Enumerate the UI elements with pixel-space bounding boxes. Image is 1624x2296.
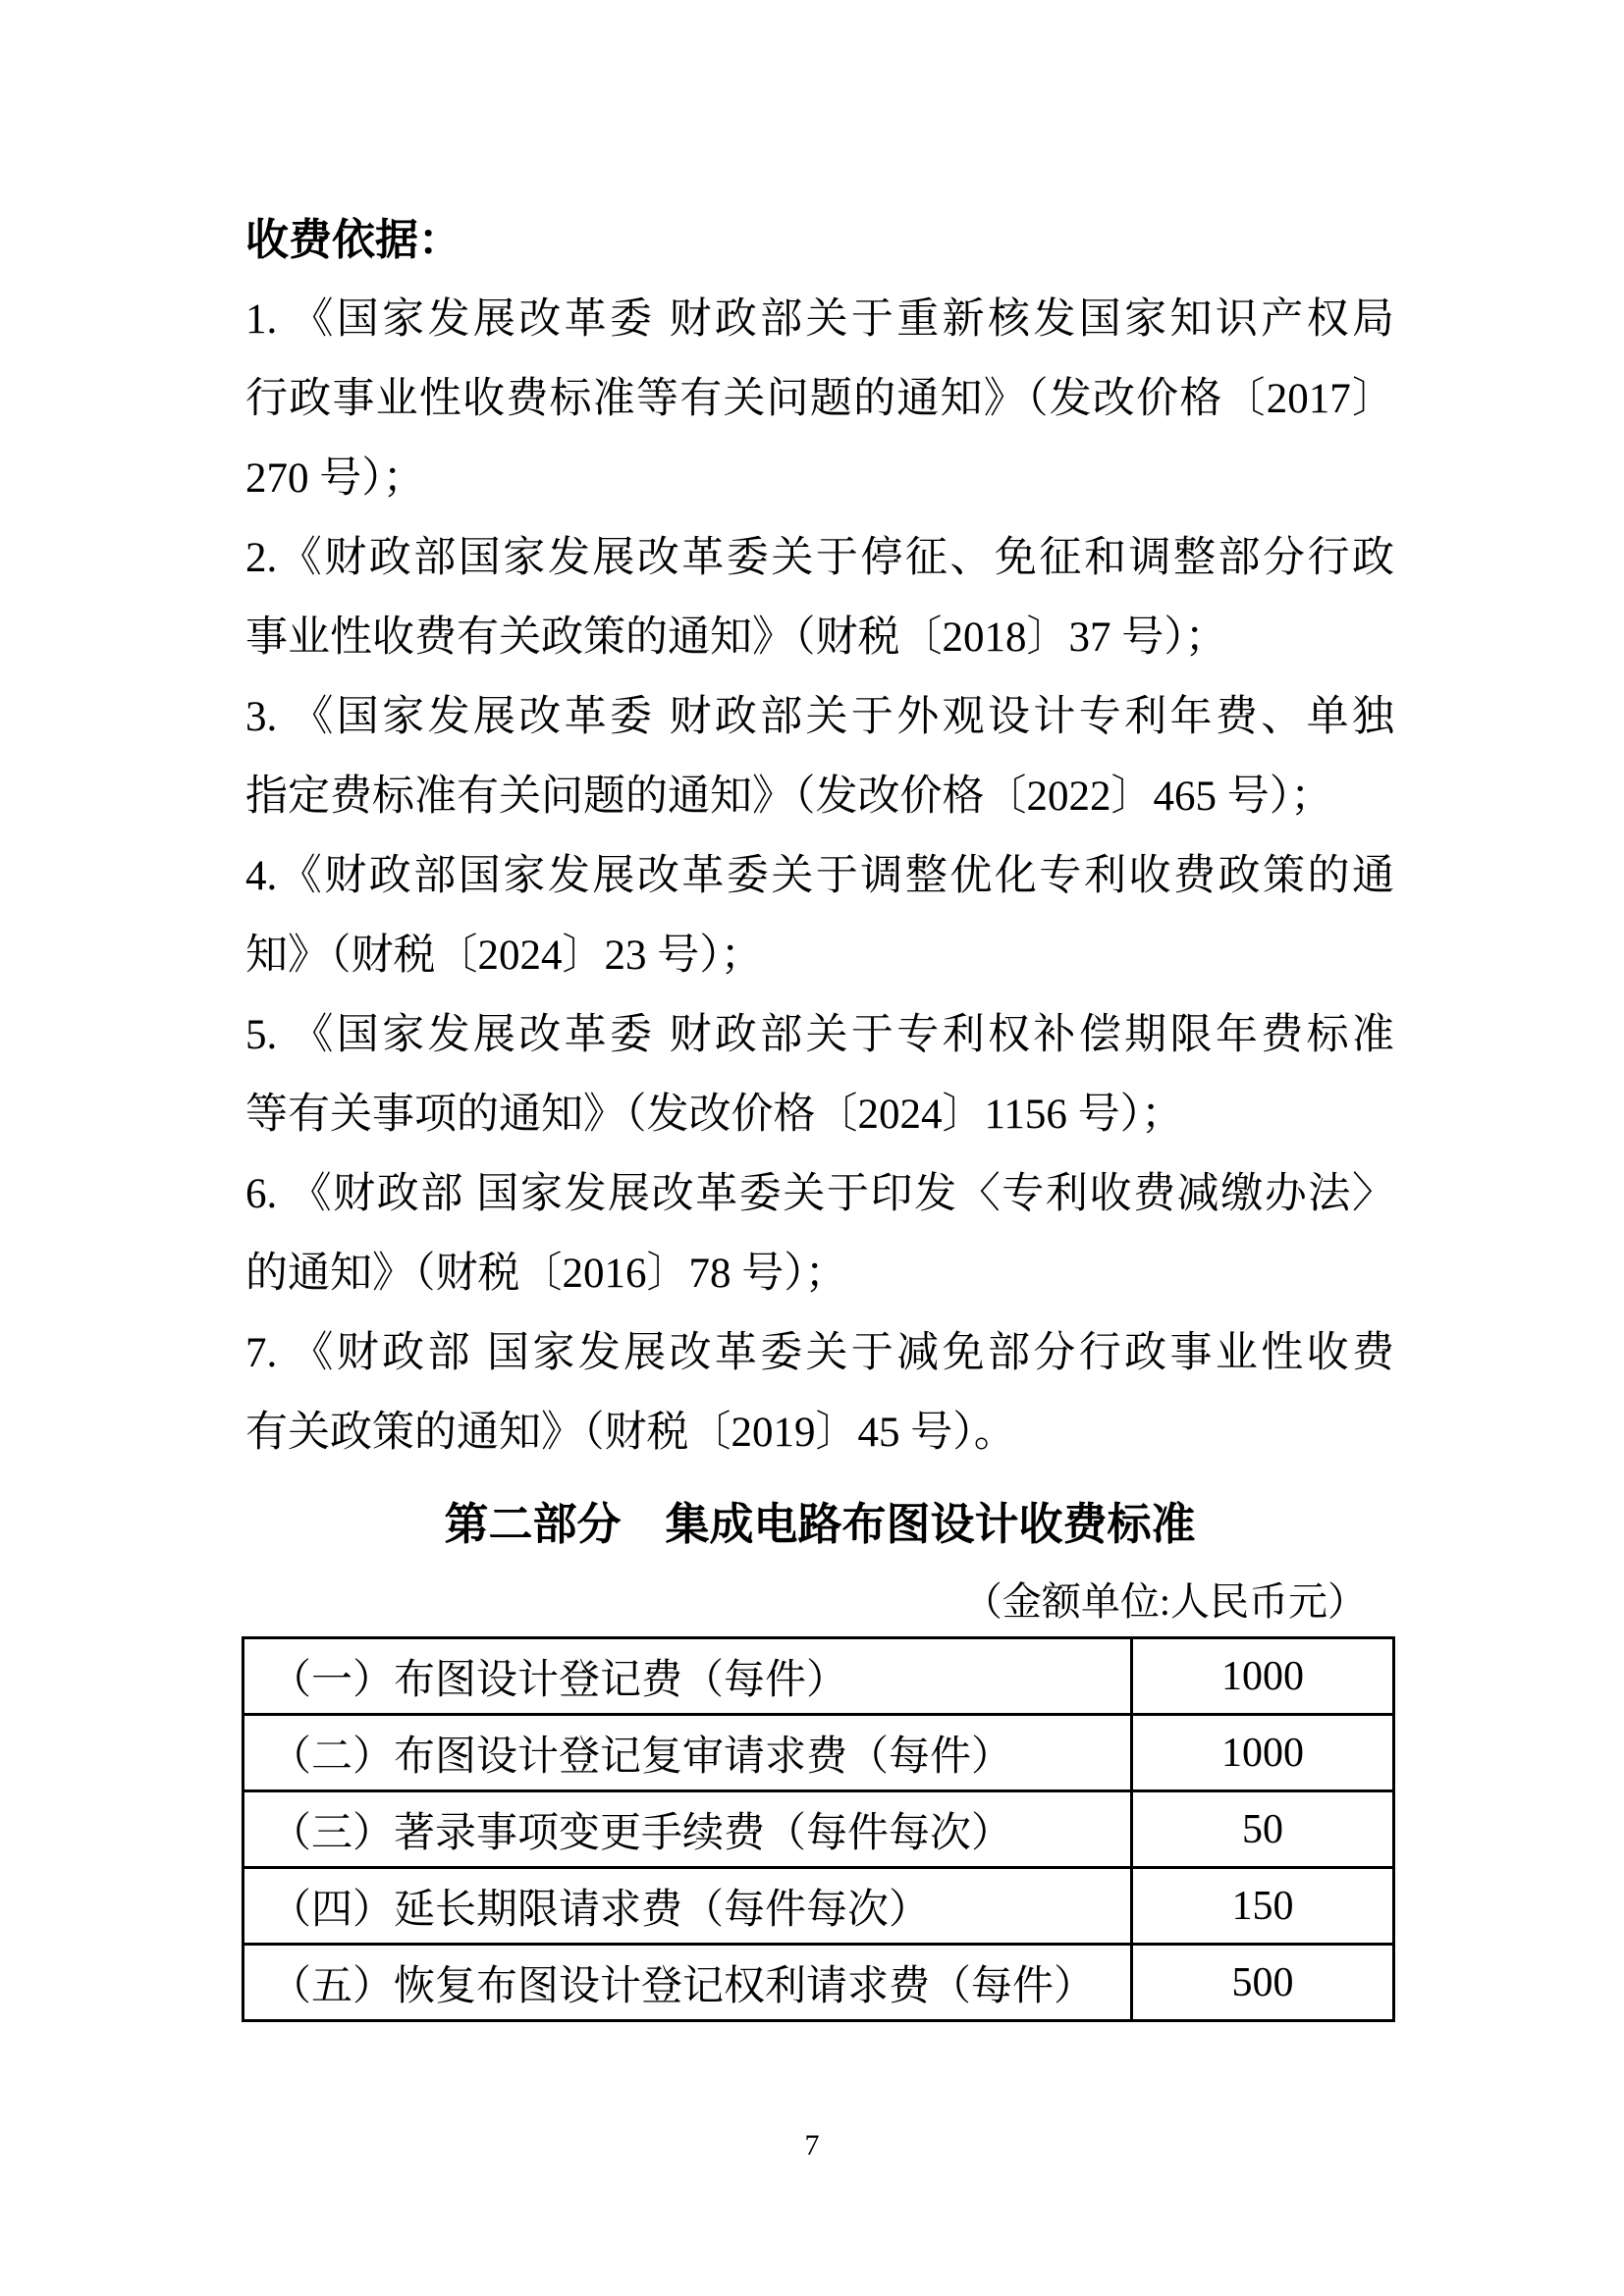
doc-line: 指定费标准有关问题的通知》（发改价格〔2022〕465 号）； [245,757,1394,836]
doc-line: 行政事业性收费标准等有关问题的通知》（发改价格〔2017〕 [245,359,1394,439]
fee-item-cell: （四）延长期限请求费（每件每次） [244,1868,1132,1945]
doc-line: 4.《财政部国家发展改革委关于调整优化专利收费政策的通 [245,836,1394,916]
table-row: （二）布图设计登记复审请求费（每件） 1000 [244,1715,1394,1791]
doc-line: 3. 《国家发展改革委 财政部关于外观设计专利年费、单独 [245,677,1394,757]
doc-line: 6. 《财政部 国家发展改革委关于印发〈专利收费减缴办法〉 [245,1154,1394,1234]
section-title: 第二部分 集成电路布图设计收费标准 [245,1494,1394,1555]
doc-line: 1. 《国家发展改革委 财政部关于重新核发国家知识产权局 [245,280,1394,359]
table-row: （四）延长期限请求费（每件每次） 150 [244,1868,1394,1945]
doc-line: 等有关事项的通知》（发改价格〔2024〕1156 号）； [245,1075,1394,1154]
fee-item-cell: （五）恢复布图设计登记权利请求费（每件） [244,1945,1132,2021]
fee-amount-cell: 150 [1132,1868,1394,1945]
table-row: （一）布图设计登记费（每件） 1000 [244,1638,1394,1715]
fee-basis-heading: 收费依据： [245,200,1394,280]
page-number: 7 [0,2126,1624,2165]
doc-line: 5. 《国家发展改革委 财政部关于专利权补偿期限年费标准 [245,995,1394,1075]
document-page: 收费依据： 1. 《国家发展改革委 财政部关于重新核发国家知识产权局 行政事业性… [0,0,1624,2296]
fee-amount-cell: 1000 [1132,1715,1394,1791]
fee-amount-cell: 50 [1132,1791,1394,1868]
fee-item-cell: （一）布图设计登记费（每件） [244,1638,1132,1715]
doc-line: 有关政策的通知》（财税〔2019〕45 号）。 [245,1393,1394,1472]
doc-line: 事业性收费有关政策的通知》（财税〔2018〕37 号）； [245,598,1394,677]
fee-amount-cell: 1000 [1132,1638,1394,1715]
fee-item-cell: （二）布图设计登记复审请求费（每件） [244,1715,1132,1791]
fee-table: （一）布图设计登记费（每件） 1000 （二）布图设计登记复审请求费（每件） 1… [242,1636,1395,2022]
doc-line: 270 号）； [245,439,1394,518]
currency-unit-note: （金额单位:人民币元） [245,1576,1394,1628]
doc-line: 7. 《财政部 国家发展改革委关于减免部分行政事业性收费 [245,1313,1394,1393]
document-body: 收费依据： 1. 《国家发展改革委 财政部关于重新核发国家知识产权局 行政事业性… [245,200,1394,2022]
table-row: （五）恢复布图设计登记权利请求费（每件） 500 [244,1945,1394,2021]
doc-line: 知》（财税〔2024〕23 号）； [245,916,1394,995]
fee-amount-cell: 500 [1132,1945,1394,2021]
fee-item-cell: （三）著录事项变更手续费（每件每次） [244,1791,1132,1868]
doc-line: 的通知》（财税〔2016〕78 号）； [245,1234,1394,1313]
doc-line: 2.《财政部国家发展改革委关于停征、免征和调整部分行政 [245,518,1394,598]
table-row: （三）著录事项变更手续费（每件每次） 50 [244,1791,1394,1868]
